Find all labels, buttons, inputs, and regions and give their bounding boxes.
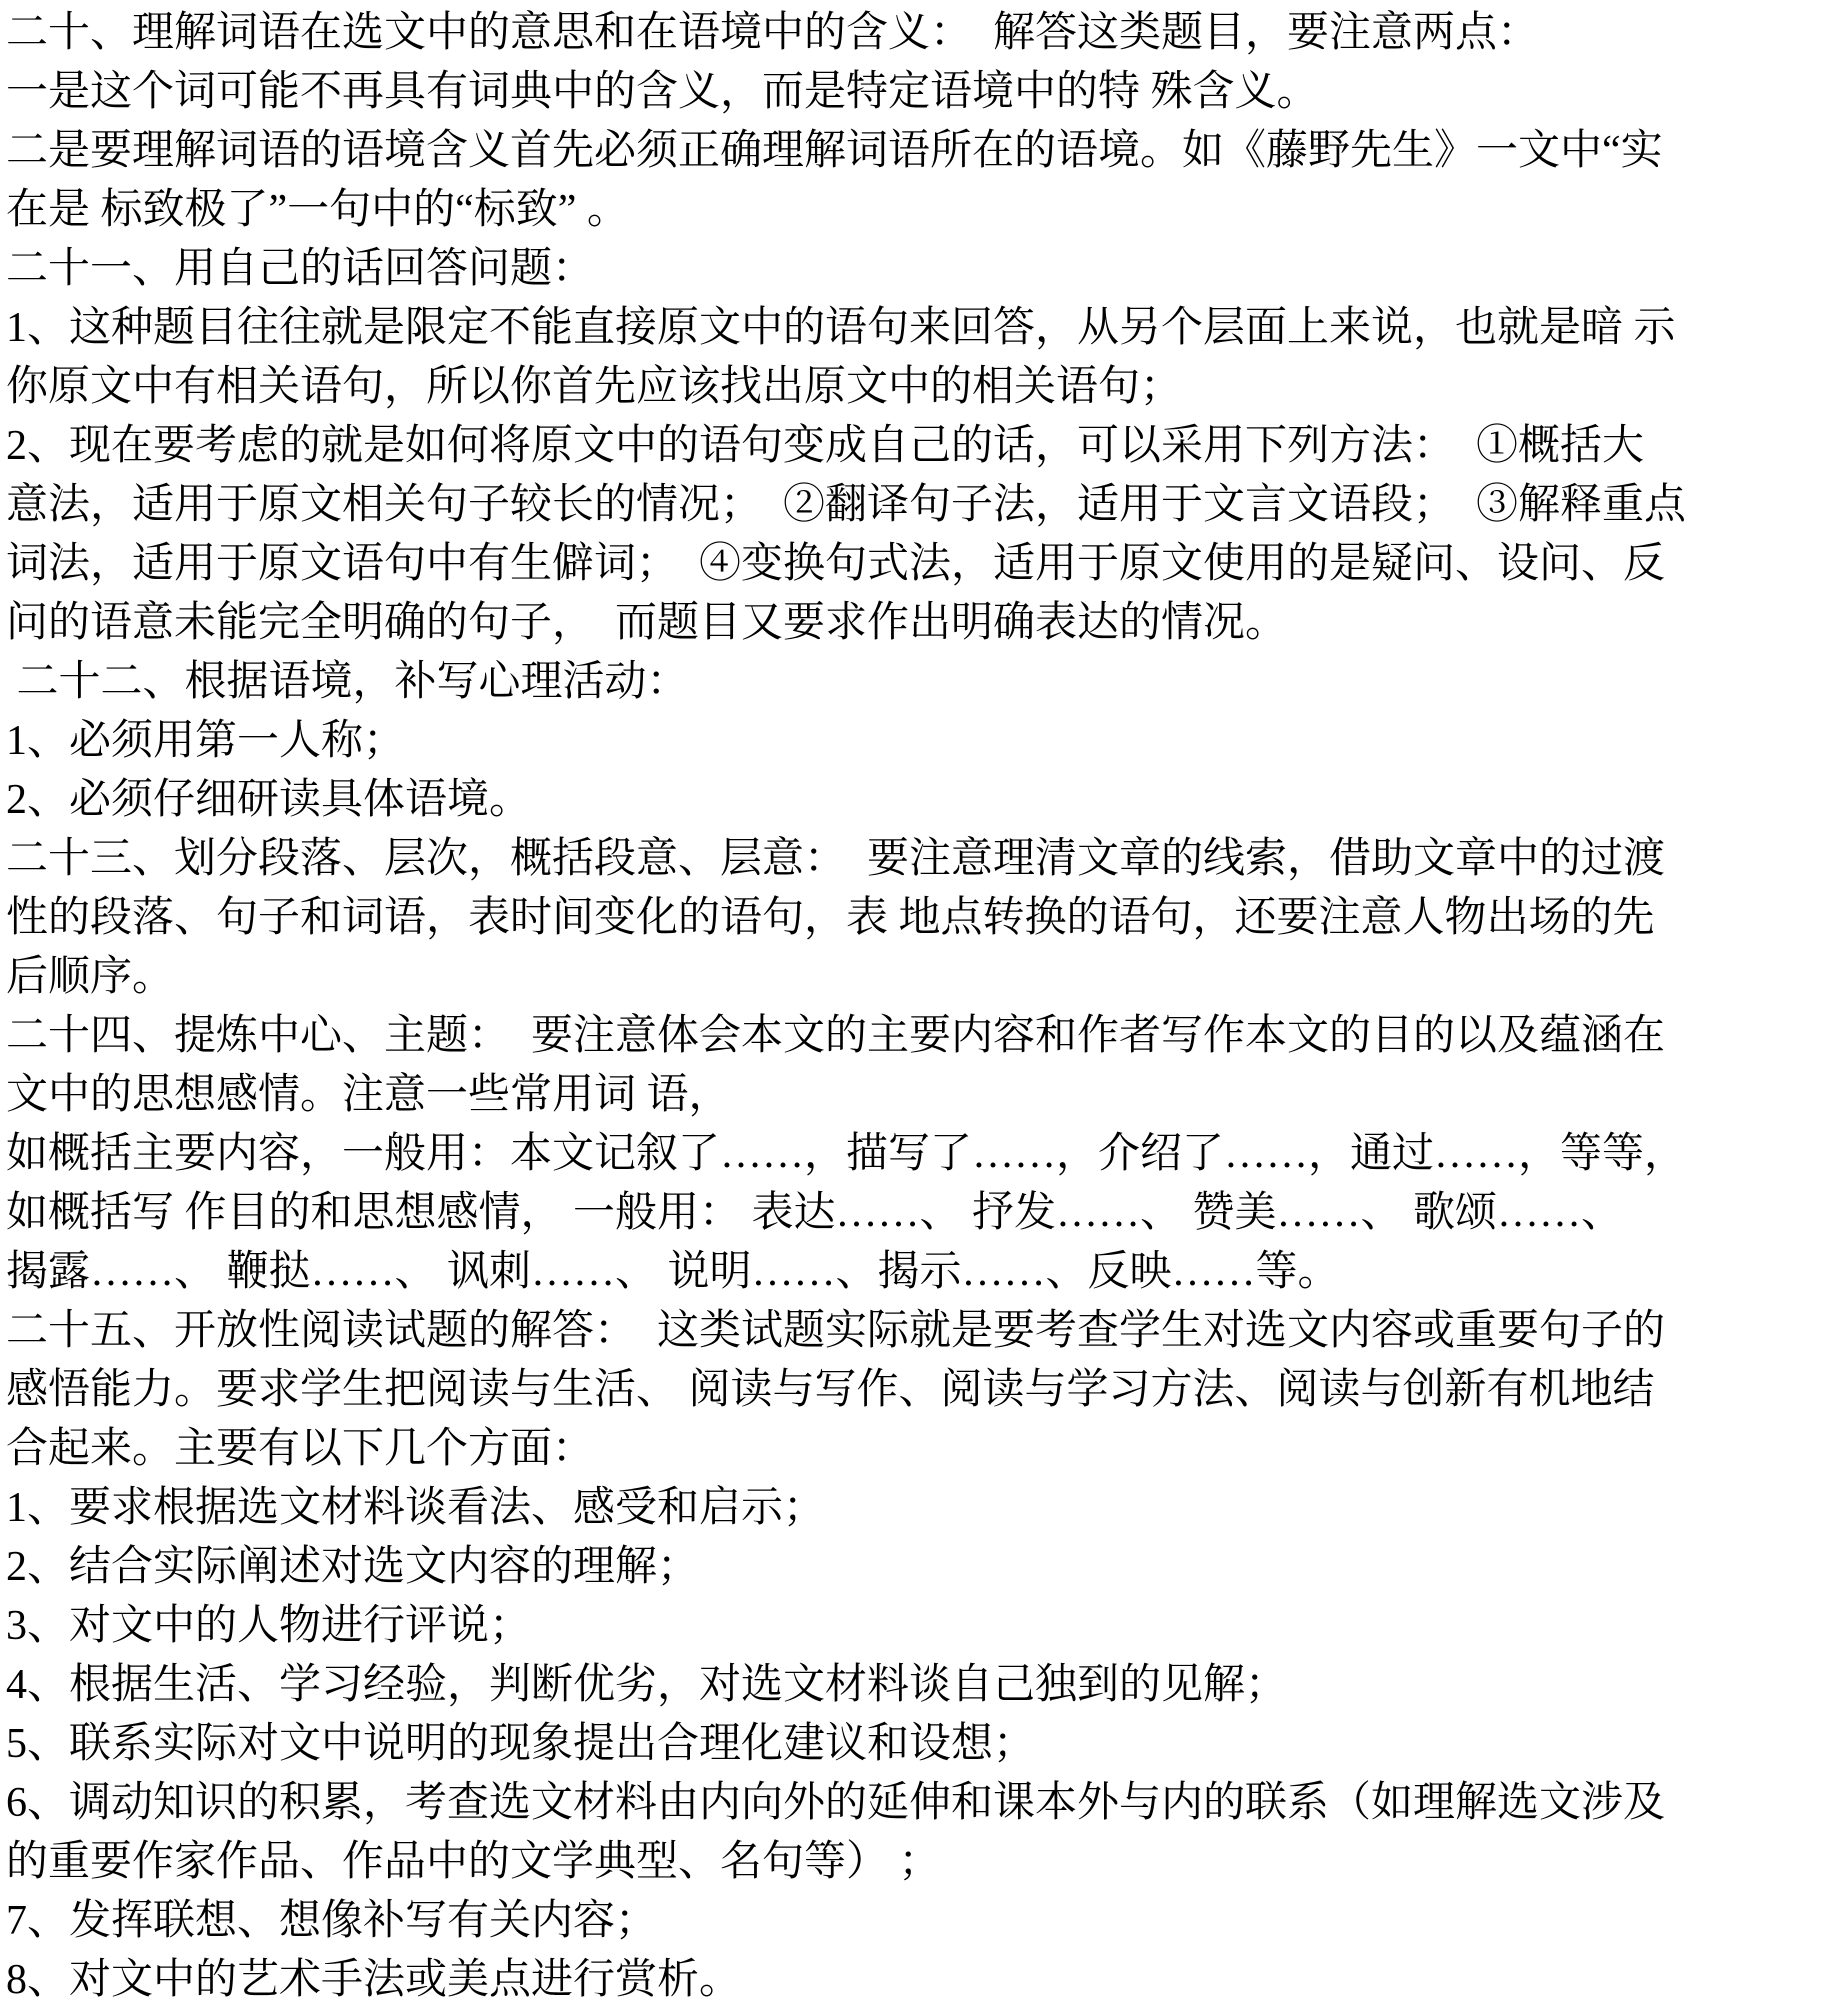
text-line: 2、必须仔细研读具体语境。 <box>6 771 1834 830</box>
text-line: 二十二、根据语境，补写心理活动： <box>6 653 1834 712</box>
text-line: 4、根据生活、学习经验，判断优劣，对选文材料谈自己独到的见解； <box>6 1656 1834 1715</box>
text-line: 二十一、用自己的话回答问题： <box>6 240 1834 299</box>
text-line: 的重要作家作品、作品中的文学典型、名句等） ； <box>6 1833 1834 1892</box>
text-line: 在是 标致极了”一句中的“标致” 。 <box>6 181 1834 240</box>
text-line: 词法，适用于原文语句中有生僻词； ④变换句式法，适用于原文使用的是疑问、设问、反 <box>6 535 1834 594</box>
text-line: 二十三、划分段落、层次，概括段意、层意： 要注意理清文章的线索，借助文章中的过渡 <box>6 830 1834 889</box>
text-line: 二是要理解词语的语境含义首先必须正确理解词语所在的语境。如《藤野先生》一文中“实 <box>6 122 1834 181</box>
text-line: 1、必须用第一人称； <box>6 712 1834 771</box>
text-line: 2、结合实际阐述对选文内容的理解； <box>6 1538 1834 1597</box>
text-line: 2、现在要考虑的就是如何将原文中的语句变成自己的话，可以采用下列方法： ①概括大 <box>6 417 1834 476</box>
text-line: 文中的思想感情。注意一些常用词 语， <box>6 1066 1834 1125</box>
text-line: 5、联系实际对文中说明的现象提出合理化建议和设想； <box>6 1715 1834 1774</box>
text-line: 二十四、提炼中心、主题： 要注意体会本文的主要内容和作者写作本文的目的以及蕴涵在 <box>6 1007 1834 1066</box>
text-line: 3、对文中的人物进行评说； <box>6 1597 1834 1656</box>
text-line: 二十、理解词语在选文中的意思和在语境中的含义： 解答这类题目，要注意两点： <box>6 4 1834 63</box>
text-line: 你原文中有相关语句，所以你首先应该找出原文中的相关语句； <box>6 358 1834 417</box>
text-line: 8、对文中的艺术手法或美点进行赏析。 <box>6 1951 1834 2010</box>
document-page: 二十、理解词语在选文中的意思和在语境中的含义： 解答这类题目，要注意两点：一是这… <box>0 0 1838 2011</box>
text-line: 6、调动知识的积累，考查选文材料由内向外的延伸和课本外与内的联系（如理解选文涉及 <box>6 1774 1834 1833</box>
text-line: 1、这种题目往往就是限定不能直接原文中的语句来回答，从另个层面上来说，也就是暗 … <box>6 299 1834 358</box>
text-line: 意法，适用于原文相关句子较长的情况； ②翻译句子法，适用于文言文语段； ③解释重… <box>6 476 1834 535</box>
text-line: 揭露……、 鞭挞……、 讽刺……、 说明……、揭示……、反映……等。 <box>6 1243 1834 1302</box>
text-line: 合起来。主要有以下几个方面： <box>6 1420 1834 1479</box>
text-line: 性的段落、句子和词语，表时间变化的语句，表 地点转换的语句，还要注意人物出场的先 <box>6 889 1834 948</box>
text-line: 如概括主要内容，一般用：本文记叙了……，描写了……，介绍了……，通过……，等等， <box>6 1125 1834 1184</box>
document-body: 二十、理解词语在选文中的意思和在语境中的含义： 解答这类题目，要注意两点：一是这… <box>6 4 1834 2010</box>
text-line: 后顺序。 <box>6 948 1834 1007</box>
text-line: 问的语意未能完全明确的句子， 而题目又要求作出明确表达的情况。 <box>6 594 1834 653</box>
text-line: 感悟能力。要求学生把阅读与生活、 阅读与写作、阅读与学习方法、阅读与创新有机地结 <box>6 1361 1834 1420</box>
text-line: 一是这个词可能不再具有词典中的含义，而是特定语境中的特 殊含义。 <box>6 63 1834 122</box>
text-line: 二十五、开放性阅读试题的解答： 这类试题实际就是要考查学生对选文内容或重要句子的 <box>6 1302 1834 1361</box>
text-line: 7、发挥联想、想像补写有关内容； <box>6 1892 1834 1951</box>
text-line: 如概括写 作目的和思想感情， 一般用： 表达……、 抒发……、 赞美……、 歌颂… <box>6 1184 1834 1243</box>
text-line: 1、要求根据选文材料谈看法、感受和启示； <box>6 1479 1834 1538</box>
